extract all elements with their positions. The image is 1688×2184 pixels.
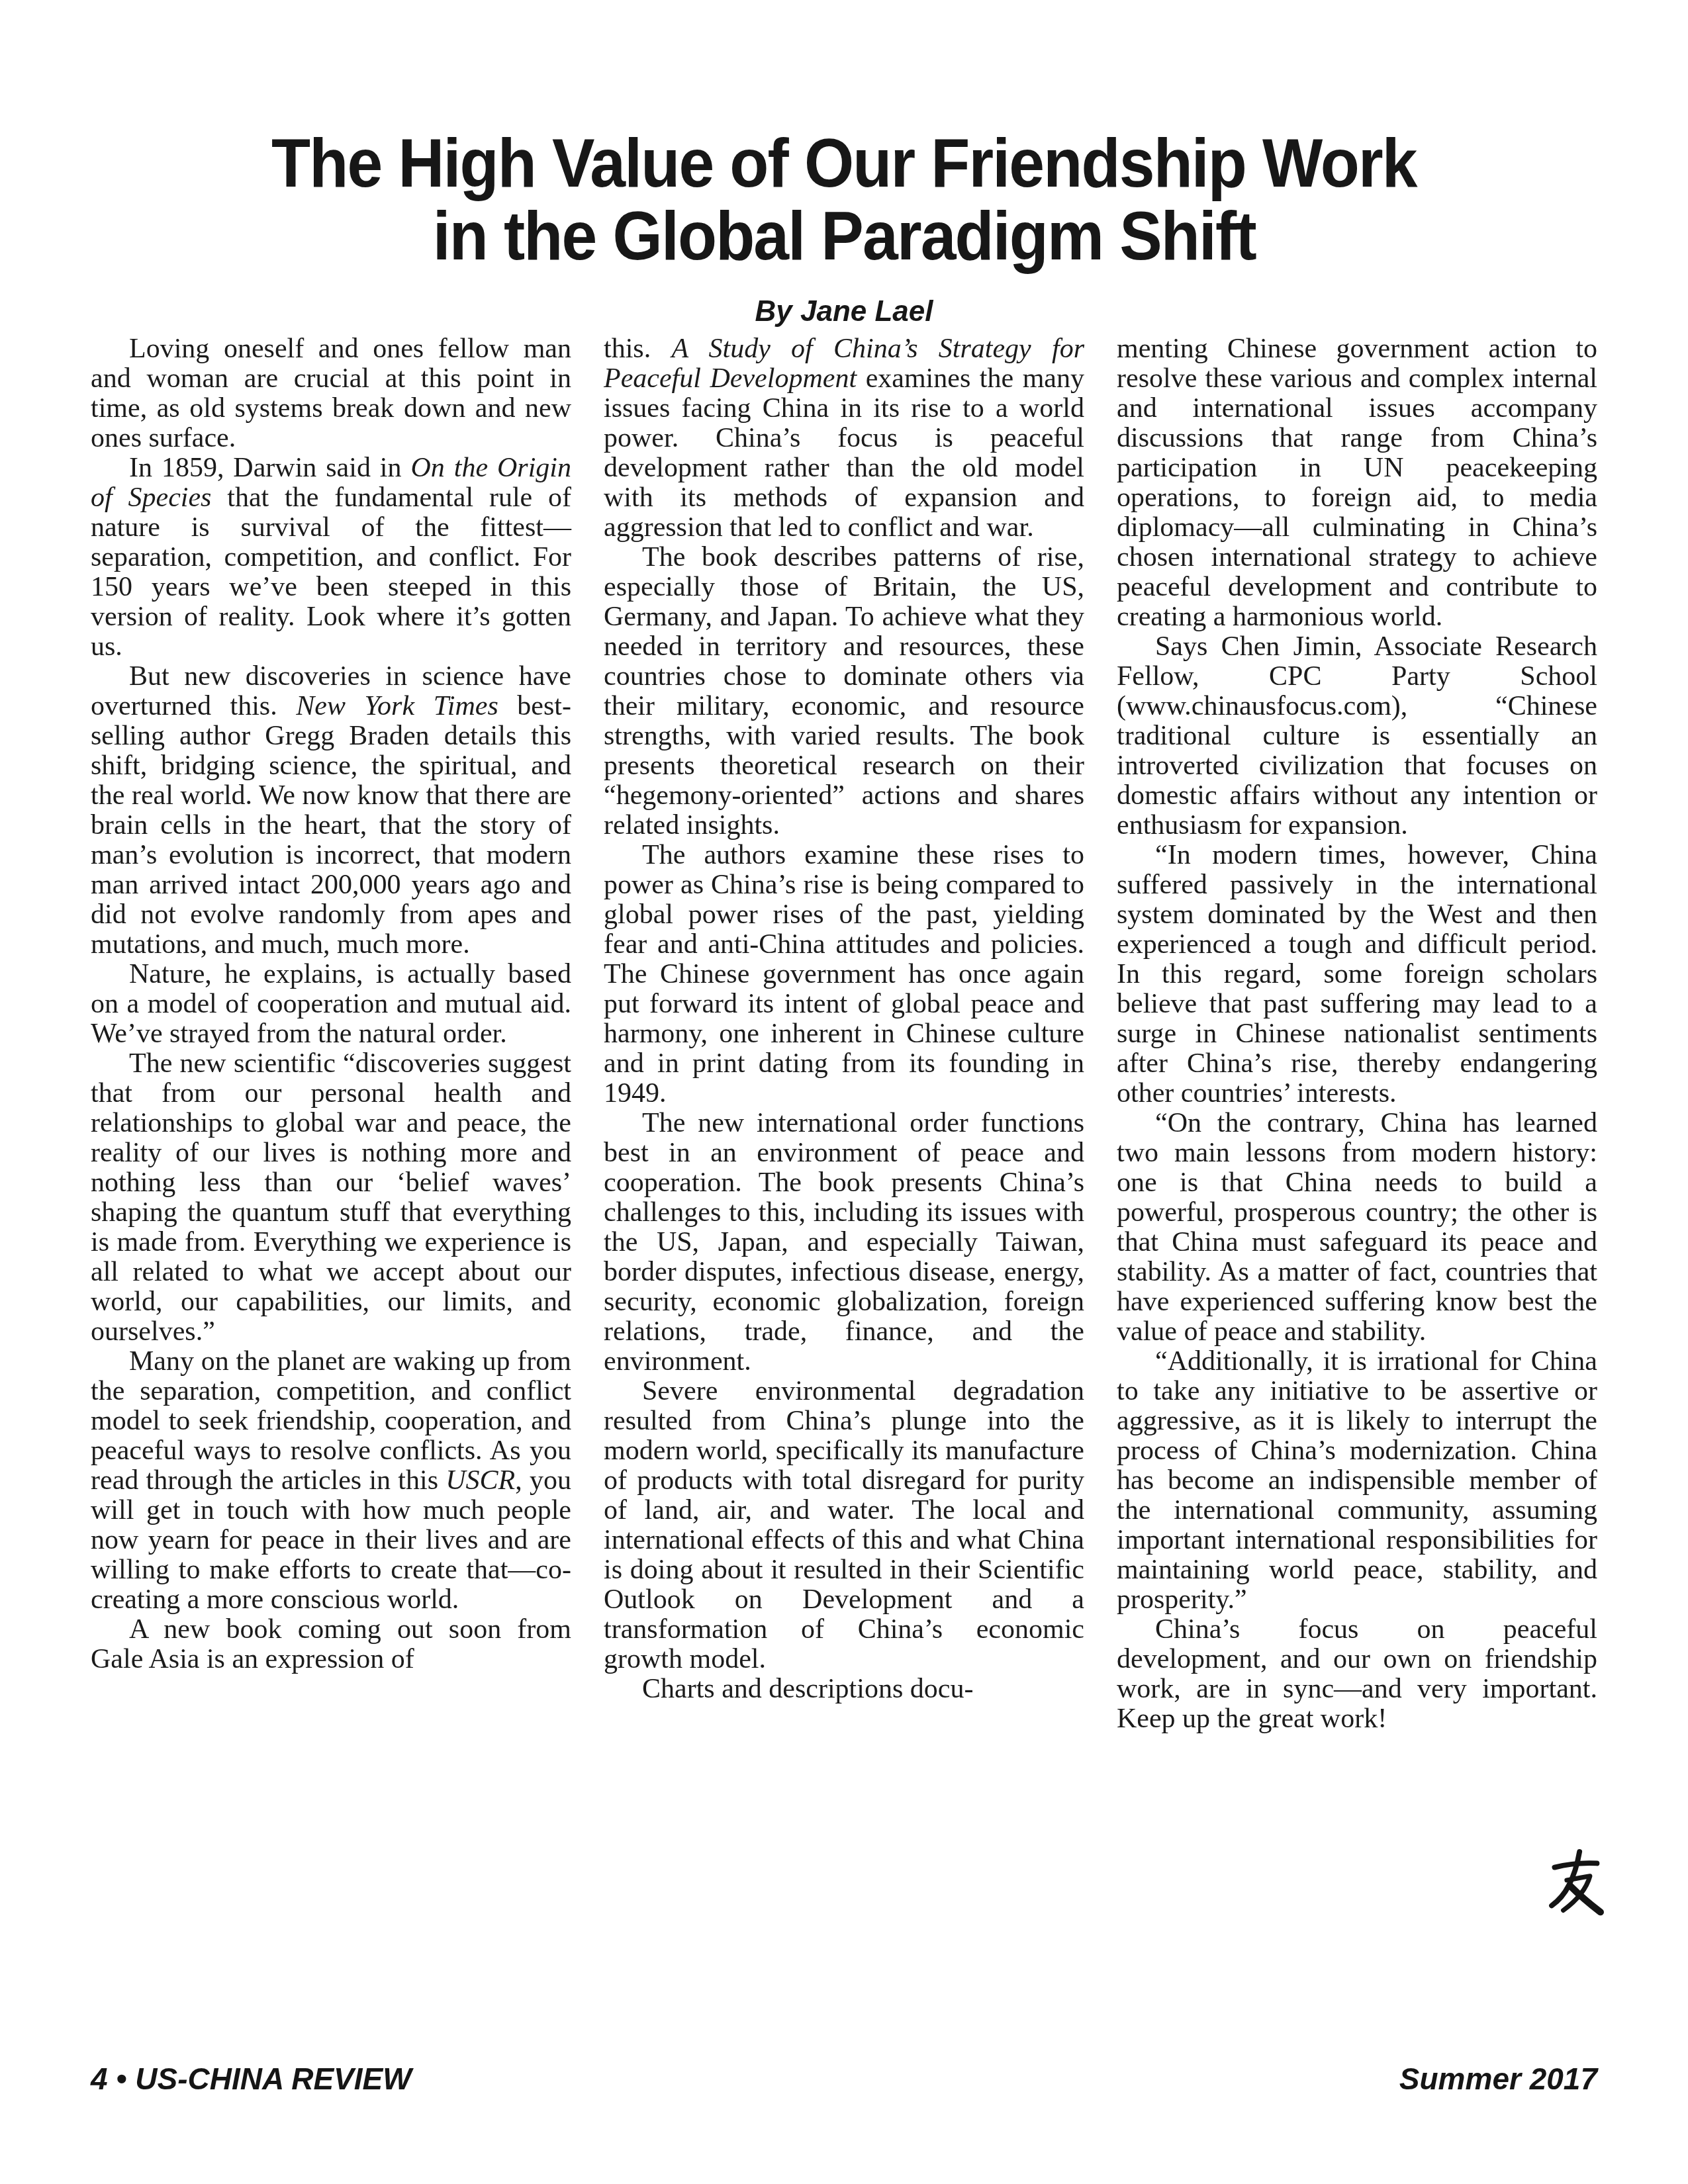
footer-journal-label: 4 • US-CHINA REVIEW bbox=[91, 2061, 412, 2097]
paragraph: “Additionally, it is irrational for Chin… bbox=[1117, 1347, 1597, 1615]
paragraph: Charts and descriptions docu- bbox=[604, 1674, 1084, 1704]
paragraph: In 1859, Darwin said in On the Origin of… bbox=[91, 453, 571, 662]
paragraph: Nature, he explains, is actually based o… bbox=[91, 960, 571, 1049]
paragraph: “On the contrary, China has learned two … bbox=[1117, 1109, 1597, 1347]
paragraph: this. A Study of China’s Strategy for Pe… bbox=[604, 334, 1084, 543]
paragraph: A new book coming out soon from Gale Asi… bbox=[91, 1615, 571, 1674]
paragraph: The new scientific “discoveries suggest … bbox=[91, 1049, 571, 1347]
article-header: The High Value of Our Friendship Work in… bbox=[0, 127, 1688, 328]
paragraph: Severe environmental degradation resulte… bbox=[604, 1377, 1084, 1674]
title-line-1: The High Value of Our Friendship Work bbox=[271, 127, 1417, 200]
paragraph: The authors examine these rises to power… bbox=[604, 841, 1084, 1109]
paragraph: The new international order functions be… bbox=[604, 1109, 1084, 1377]
paragraph: China’s focus on peaceful development, a… bbox=[1117, 1615, 1597, 1734]
article-body: Loving oneself and ones fellow man and w… bbox=[91, 334, 1597, 1734]
page-footer: 4 • US-CHINA REVIEW Summer 2017 bbox=[91, 2061, 1597, 2097]
paragraph: Many on the planet are waking up from th… bbox=[91, 1347, 571, 1615]
text-column-2: this. A Study of China’s Strategy for Pe… bbox=[604, 334, 1084, 1734]
paragraph: Loving oneself and ones fellow man and w… bbox=[91, 334, 571, 453]
paragraph: menting Chinese government action to res… bbox=[1117, 334, 1597, 632]
article-title: The High Value of Our Friendship Work in… bbox=[0, 127, 1688, 273]
paragraph: But new discoveries in science have over… bbox=[91, 662, 571, 960]
magazine-page: The High Value of Our Friendship Work in… bbox=[0, 0, 1688, 2184]
paragraph: “In modern times, however, China suffere… bbox=[1117, 841, 1597, 1109]
paragraph: The book describes patterns of rise, esp… bbox=[604, 543, 1084, 841]
footer-issue-label: Summer 2017 bbox=[1399, 2061, 1597, 2097]
paragraph: Says Chen Jimin, Associate Research Fell… bbox=[1117, 632, 1597, 841]
text-column-3: menting Chinese government action to res… bbox=[1117, 334, 1597, 1734]
title-line-2: in the Global Paradigm Shift bbox=[432, 200, 1255, 273]
text-column-1: Loving oneself and ones fellow man and w… bbox=[91, 334, 571, 1734]
friendship-character-icon bbox=[1546, 1846, 1605, 1922]
byline: By Jane Lael bbox=[0, 295, 1688, 328]
